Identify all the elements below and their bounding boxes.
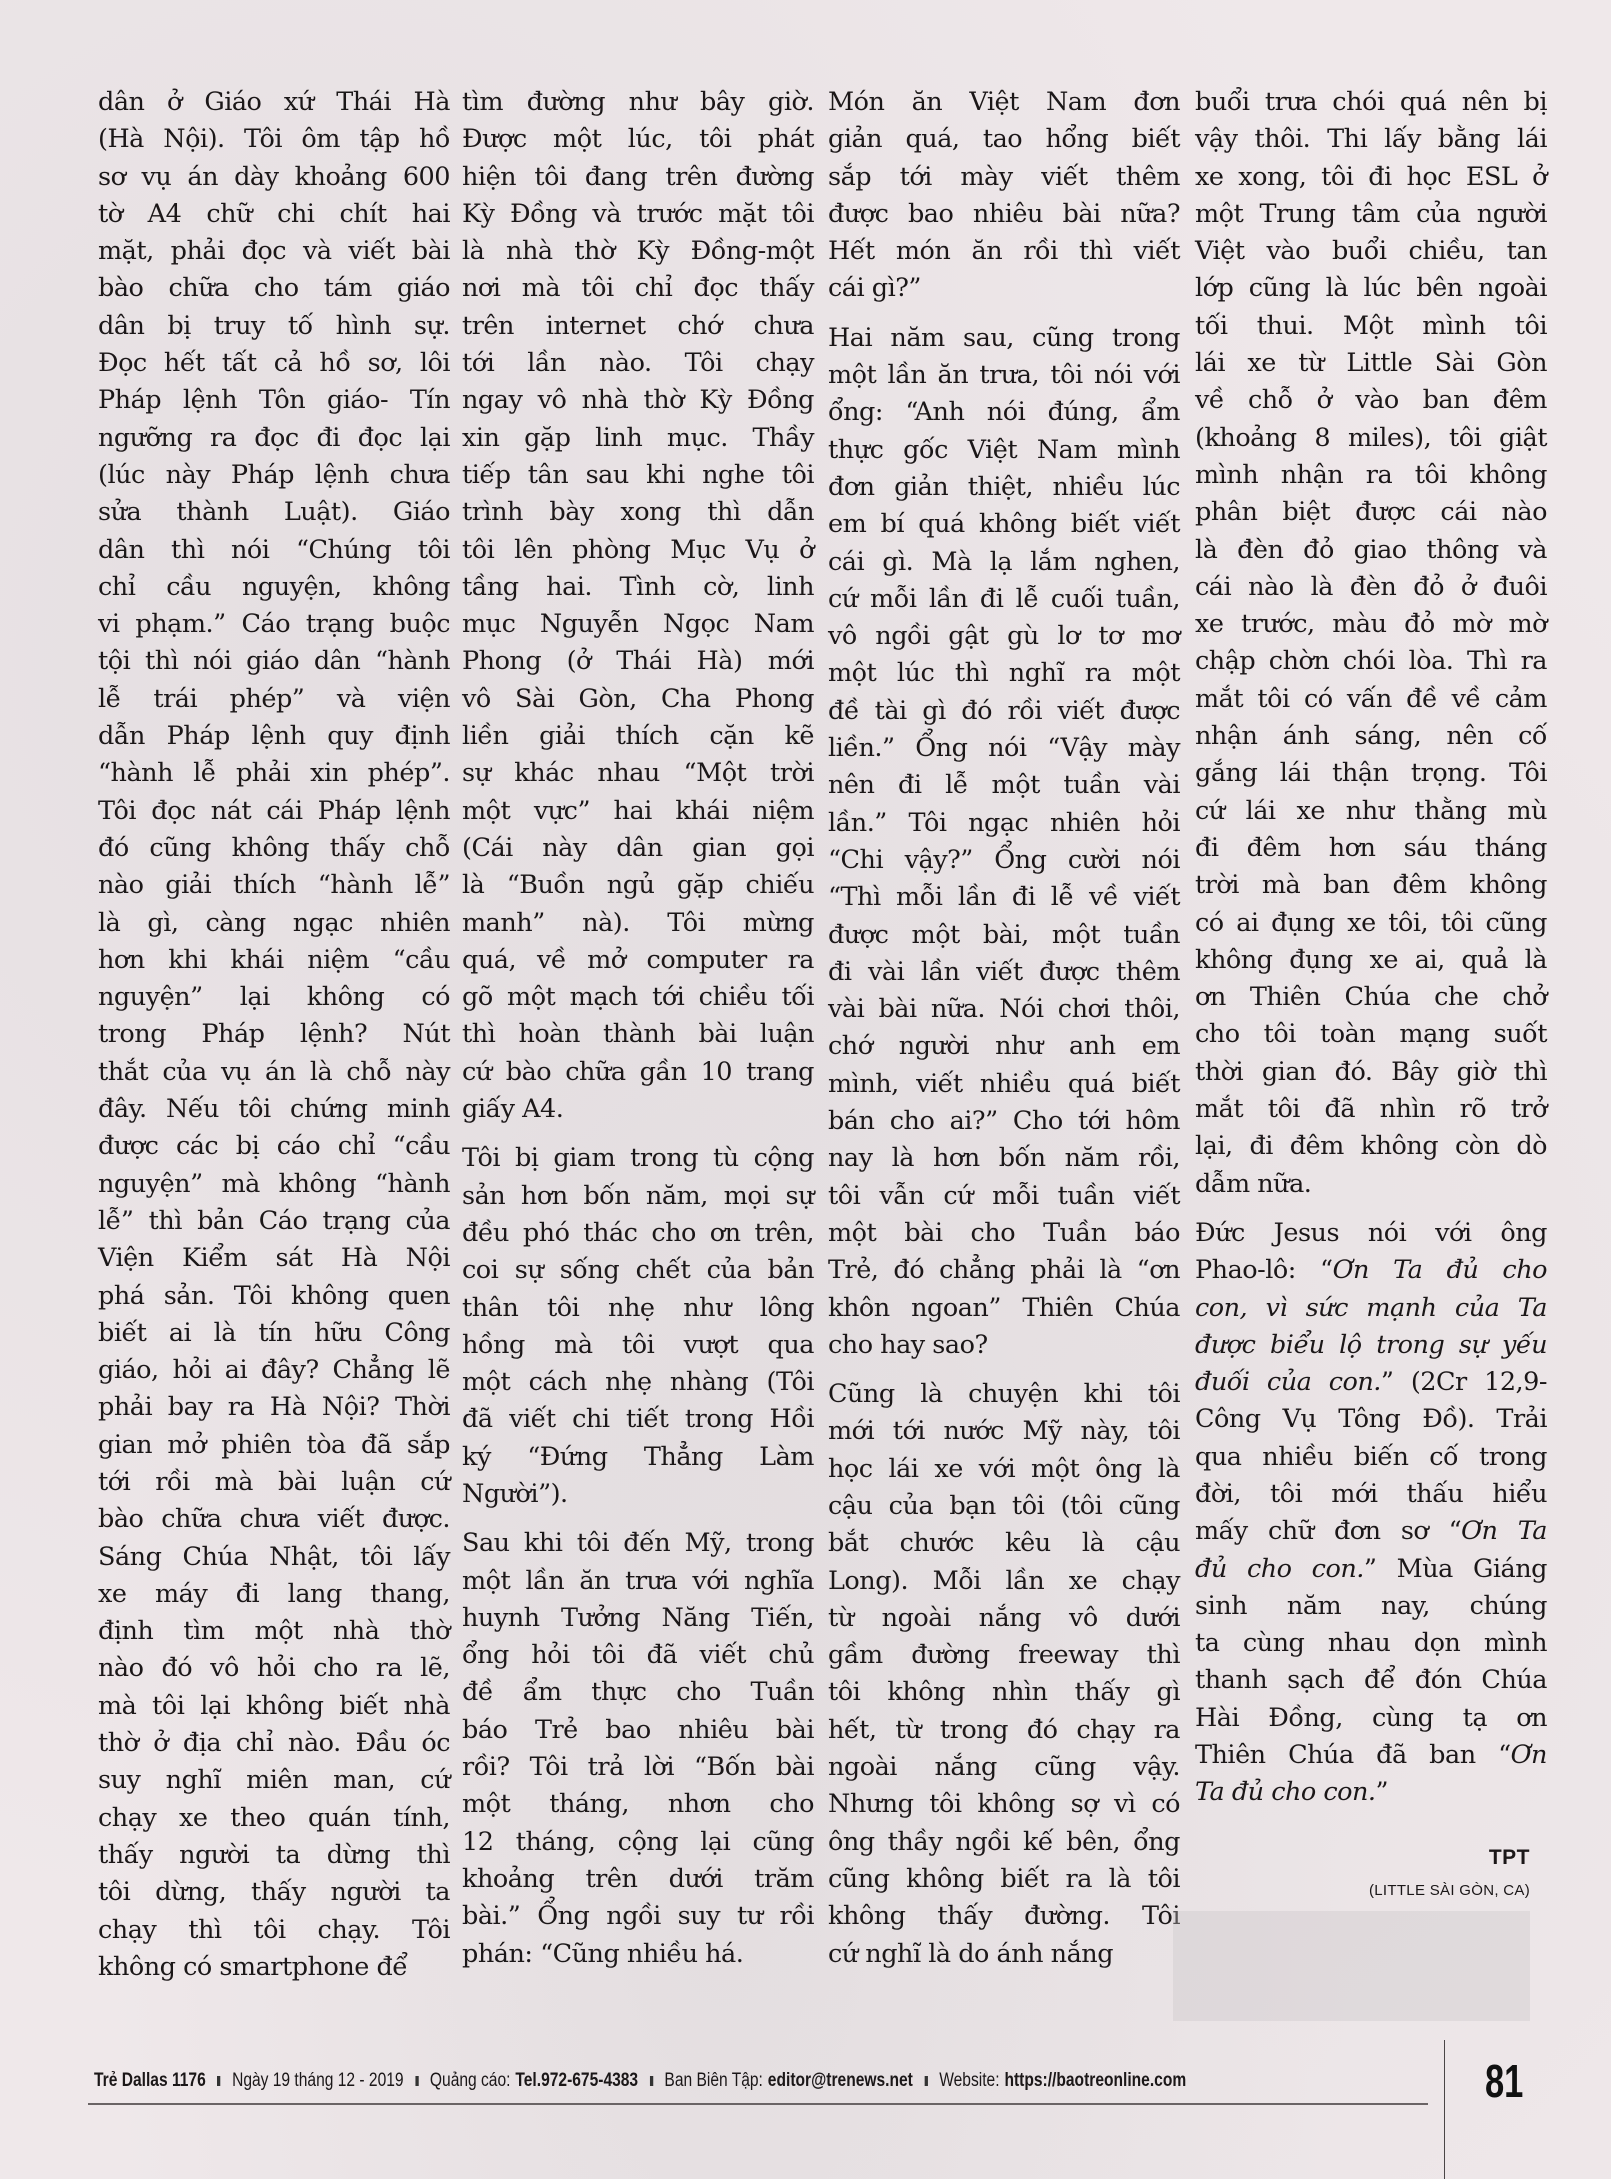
- text-line: một tháng, nhơn cho: [462, 1786, 814, 1823]
- text-line: dân thì nói “Chúng tôi: [98, 532, 450, 569]
- text-line: đã viết chi tiết trong Hồi: [462, 1401, 814, 1438]
- square-bullet-icon: [650, 2076, 653, 2086]
- text-line: lái xe từ Little Sài Gòn: [1195, 345, 1547, 382]
- text-line: 12 tháng, cộng lại cũng: [462, 1824, 814, 1861]
- text-line: cứ bào chữa gần 10 trang: [462, 1054, 814, 1091]
- text-line: (Hà Nội). Tôi ôm tập hồ: [98, 121, 450, 158]
- text-segment: ” (2Cr 12,9-: [1381, 1367, 1547, 1397]
- footer-date: Ngày 19 tháng 12 - 2019: [232, 2070, 404, 2092]
- text-line: (khoảng 8 miles), tôi giật: [1195, 420, 1547, 457]
- text-line: là gì, càng ngạc nhiên: [98, 905, 450, 942]
- text-line: không thấy đường. Tôi: [828, 1898, 1180, 1935]
- footer-ads: Quảng cáo: Tel.972-675-4383: [430, 2070, 638, 2092]
- text-line: Người”).: [462, 1476, 814, 1513]
- text-line: dẫn Pháp lệnh quy định: [98, 718, 450, 755]
- text-line: chạy thì tôi chạy. Tôi: [98, 1912, 450, 1949]
- text-line: chỉ cầu nguyện, không: [98, 569, 450, 606]
- text-line: manh” nà). Tôi mừng: [462, 905, 814, 942]
- footer-website-link[interactable]: https://baotreonline.com: [1004, 2070, 1186, 2092]
- paragraph-gap: [462, 1513, 814, 1525]
- text-line: tầng hai. Tình cờ, linh: [462, 569, 814, 606]
- text-line: mắt tôi đã nhìn rõ trở: [1195, 1091, 1547, 1128]
- text-line: học lái xe với một ông là: [828, 1451, 1180, 1488]
- square-bullet-icon: [217, 2076, 220, 2086]
- text-line: cứ lái xe như thằng mù: [1195, 793, 1547, 830]
- text-line: dân bị truy tố hình sự.: [98, 308, 450, 345]
- text-line: Công Vụ Tông Đồ). Trải: [1195, 1401, 1547, 1438]
- text-line: huynh Tưởng Năng Tiến,: [462, 1600, 814, 1637]
- text-line: phân biệt được cái nào: [1195, 494, 1547, 531]
- text-segment: ” Mùa Giáng: [1364, 1554, 1547, 1584]
- text-line: đơn giản thiệt, nhiều lúc: [828, 469, 1180, 506]
- text-line: thắt của vụ án là chỗ này: [98, 1054, 450, 1091]
- text-line: ổng: “Anh nói đúng, ẩm: [828, 394, 1180, 431]
- text-line: tôi không nhìn thấy gì: [828, 1674, 1180, 1711]
- page-number-divider: [1444, 2040, 1445, 2179]
- italic-quote-text: Ơn: [1511, 1740, 1547, 1770]
- text-line: tờ A4 chữ chi chít hai: [98, 196, 450, 233]
- article-signature: TPT (LITTLE SÀI GÒN, CA): [1369, 1846, 1530, 1899]
- text-line: Phao-lô: “Ơn Ta đủ cho: [1195, 1252, 1547, 1289]
- text-segment: Thiên Chúa đã ban “: [1195, 1740, 1511, 1770]
- square-bullet-icon: [924, 2076, 927, 2086]
- text-line: vài bài nữa. Nói chơi thôi,: [828, 991, 1180, 1028]
- text-line: đây. Nếu tôi chứng minh: [98, 1091, 450, 1128]
- text-line: đuối của con.” (2Cr 12,9-: [1195, 1364, 1547, 1401]
- text-line: được biểu lộ trong sự yếu: [1195, 1327, 1547, 1364]
- text-line: Long). Mỗi lần xe chạy: [828, 1563, 1180, 1600]
- footer-divider: [88, 2103, 1428, 2105]
- text-line: quá, về mở computer ra: [462, 942, 814, 979]
- text-line: gầm đường freeway thì: [828, 1637, 1180, 1674]
- text-line: chạy xe theo quán tính,: [98, 1800, 450, 1837]
- paragraph-gap: [828, 308, 1180, 320]
- text-line: coi sự sống chết của bản: [462, 1252, 814, 1289]
- text-line: xe xong, tôi đi học ESL ở: [1195, 159, 1547, 196]
- text-line: đó cũng không thấy chỗ: [98, 830, 450, 867]
- text-line: về chỗ ở vào ban đêm: [1195, 382, 1547, 419]
- footer-editor: Ban Biên Tập: editor@trenews.net: [664, 2070, 912, 2092]
- paragraph: buổi trưa chói quá nên bịvậy thôi. Thi l…: [1195, 84, 1547, 1203]
- text-segment: Phao-lô: “: [1195, 1255, 1333, 1285]
- paragraph: Cũng là chuyện khi tôimới tới nước Mỹ nà…: [828, 1376, 1180, 1973]
- page-footer: Trẻ Dallas 1176 Ngày 19 tháng 12 - 2019 …: [94, 2066, 1186, 2096]
- footer-website: Website: https://baotreonline.com: [939, 2070, 1186, 2092]
- text-line: Kỳ Đồng và trước mặt tôi: [462, 196, 814, 233]
- text-line: vi phạm.” Cáo trạng buộc: [98, 606, 450, 643]
- text-line: phải bay ra Hà Nội? Thời: [98, 1389, 450, 1426]
- footer-website-label: Website:: [939, 2070, 999, 2092]
- text-line: “hành lễ phải xin phép”.: [98, 755, 450, 792]
- text-line: là “Buồn ngủ gặp chiếu: [462, 867, 814, 904]
- text-line: báo Trẻ bao nhiêu bài: [462, 1712, 814, 1749]
- italic-quote-text: con, vì sức mạnh của Ta: [1195, 1293, 1547, 1323]
- text-line: (Cái này dân gian gọi: [462, 830, 814, 867]
- text-line: nào giải thích “hành lễ”: [98, 867, 450, 904]
- text-line: xe máy đi lang thang,: [98, 1576, 450, 1613]
- text-segment: Đức Jesus nói với ông: [1195, 1218, 1547, 1248]
- paragraph: Tôi bị giam trong tù cộngsản hơn bốn năm…: [462, 1140, 814, 1513]
- text-line: vô Sài Gòn, Cha Phong: [462, 681, 814, 718]
- text-segment: sinh năm nay, chúng: [1195, 1591, 1547, 1621]
- text-line: Đọc hết tất cả hồ sơ, lôi: [98, 345, 450, 382]
- text-line: ký “Đứng Thẳng Làm: [462, 1439, 814, 1476]
- text-line: thấy người ta dừng thì: [98, 1837, 450, 1874]
- text-line: ổng hỏi tôi đã viết chủ: [462, 1637, 814, 1674]
- text-line: Được một lúc, tôi phát: [462, 121, 814, 158]
- text-line: từ ngoài nắng vô dưới: [828, 1600, 1180, 1637]
- text-line: dân ở Giáo xứ Thái Hà: [98, 84, 450, 121]
- text-line: ngoài nắng cũng vậy.: [828, 1749, 1180, 1786]
- text-line: đời, tôi mới thấu hiểu: [1195, 1476, 1547, 1513]
- text-line: ngưỡng ra đọc đi đọc lại: [98, 420, 450, 457]
- text-line: liền.” Ổng nói “Vậy mày: [828, 730, 1180, 767]
- text-segment: Hài Đồng, cùng tạ ơn: [1195, 1703, 1547, 1733]
- author-location: (LITTLE SÀI GÒN, CA): [1369, 1882, 1530, 1899]
- text-line: Phong (ở Thái Hà) mới: [462, 643, 814, 680]
- text-line: mặt, phải đọc và viết bài: [98, 233, 450, 270]
- text-line: sự khác nhau “Một trời: [462, 755, 814, 792]
- text-line: đề ẩm thực cho Tuần: [462, 1674, 814, 1711]
- text-line: phán: “Cũng nhiều há.: [462, 1936, 814, 1973]
- page-number: 81: [1485, 2054, 1523, 2108]
- text-line: bào chữa cho tám giáo: [98, 270, 450, 307]
- text-line: mà tôi lại không biết nhà: [98, 1688, 450, 1725]
- text-line: thân tôi nhẹ như lông: [462, 1290, 814, 1327]
- text-line: nay là hơn bốn năm rồi,: [828, 1140, 1180, 1177]
- text-line: lại, đi đêm không còn dò: [1195, 1128, 1547, 1165]
- text-line: lớp cũng là lúc bên ngoài: [1195, 270, 1547, 307]
- paragraph: Hai năm sau, cũng trongmột lần ăn trưa, …: [828, 320, 1180, 1364]
- text-line: biết ai là tín hữu Công: [98, 1315, 450, 1352]
- text-line: trình bày xong thì dẫn: [462, 494, 814, 531]
- text-line: nguyện” lại không có: [98, 979, 450, 1016]
- text-line: Hai năm sau, cũng trong: [828, 320, 1180, 357]
- text-line: nên đi lễ một tuần vài: [828, 767, 1180, 804]
- text-line: buổi trưa chói quá nên bị: [1195, 84, 1547, 121]
- text-line: nhận ánh sáng, nên cố: [1195, 718, 1547, 755]
- text-line: một lúc thì nghĩ ra một: [828, 655, 1180, 692]
- text-line: sắp tới mày viết thêm: [828, 159, 1180, 196]
- text-line: liền giải thích cặn kẽ: [462, 718, 814, 755]
- text-line: bào chữa chưa viết được.: [98, 1501, 450, 1538]
- text-line: Món ăn Việt Nam đơn: [828, 84, 1180, 121]
- text-line: xin gặp linh mục. Thầy: [462, 420, 814, 457]
- text-line: khoảng trên dưới trăm: [462, 1861, 814, 1898]
- author-name: TPT: [1369, 1846, 1530, 1870]
- text-line: hồng mà tôi vượt qua: [462, 1327, 814, 1364]
- text-line: giáo, hỏi ai đây? Chẳng lẽ: [98, 1352, 450, 1389]
- text-line: qua nhiều biến cố trong: [1195, 1439, 1547, 1476]
- paragraph: Đức Jesus nói với ôngPhao-lô: “Ơn Ta đủ …: [1195, 1215, 1547, 1812]
- text-line: thờ ở địa chỉ nào. Đầu óc: [98, 1725, 450, 1762]
- text-line: mục Nguyễn Ngọc Nam: [462, 606, 814, 643]
- text-line: Hết món ăn rồi thì viết: [828, 233, 1180, 270]
- text-line: được các bị cáo chỉ “cầu: [98, 1128, 450, 1165]
- italic-quote-text: đủ cho con.: [1195, 1554, 1364, 1584]
- footer-ads-label: Quảng cáo:: [430, 2070, 511, 2092]
- text-line: giấy A4.: [462, 1091, 814, 1128]
- text-line: Nhưng tôi không sợ vì có: [828, 1786, 1180, 1823]
- text-line: bán cho ai?” Cho tới hôm: [828, 1103, 1180, 1140]
- text-line: đủ cho con.” Mùa Giáng: [1195, 1551, 1547, 1588]
- text-line: xe trước, màu đỏ mờ mờ: [1195, 606, 1547, 643]
- text-line: Sáng Chúa Nhật, tôi lấy: [98, 1539, 450, 1576]
- text-line: cứ nghĩ là do ánh nắng: [828, 1936, 1180, 1973]
- paragraph-gap: [462, 1128, 814, 1140]
- paragraph-gap: [1195, 1203, 1547, 1215]
- text-line: nguyện” mà không “hành: [98, 1166, 450, 1203]
- text-line: mình, viết nhiều quá biết: [828, 1066, 1180, 1103]
- text-line: Tôi đọc nát cái Pháp lệnh: [98, 793, 450, 830]
- paragraph: Sau khi tôi đến Mỹ, trongmột lần ăn trưa…: [462, 1525, 814, 1973]
- paragraph-gap: [828, 1364, 1180, 1376]
- text-line: cho hay sao?: [828, 1327, 1180, 1364]
- text-line: tới lần nào. Tôi chạy: [462, 345, 814, 382]
- text-segment: Công Vụ Tông Đồ). Trải: [1195, 1404, 1547, 1434]
- article-column-3: Món ăn Việt Nam đơngiản quá, tao hổng bi…: [828, 84, 1180, 1973]
- text-line: cho tôi toàn mạng suốt: [1195, 1016, 1547, 1053]
- text-line: thời gian đó. Bây giờ thì: [1195, 1054, 1547, 1091]
- text-line: lễ trái phép” và viện: [98, 681, 450, 718]
- text-segment: mấy chữ đơn sơ “: [1195, 1516, 1461, 1546]
- text-line: Cũng là chuyện khi tôi: [828, 1376, 1180, 1413]
- text-line: con, vì sức mạnh của Ta: [1195, 1290, 1547, 1327]
- text-line: một Trung tâm của người: [1195, 196, 1547, 233]
- text-line: tiếp tân sau khi nghe tôi: [462, 457, 814, 494]
- text-line: “Thì mỗi lần đi lễ về viết: [828, 879, 1180, 916]
- square-bullet-icon: [415, 2076, 418, 2086]
- italic-quote-text: đuối của con.: [1195, 1367, 1381, 1397]
- text-line: Trẻ, đó chẳng phải là “ơn: [828, 1252, 1180, 1289]
- text-line: cái gì. Mà lạ lắm nghen,: [828, 544, 1180, 581]
- text-line: lần.” Tôi ngạc nhiên hỏi: [828, 805, 1180, 842]
- text-line: thực gốc Việt Nam mình: [828, 432, 1180, 469]
- text-line: Việt vào buổi chiều, tan: [1195, 233, 1547, 270]
- text-line: tìm đường như bây giờ.: [462, 84, 814, 121]
- text-line: mấy chữ đơn sơ “Ơn Ta: [1195, 1513, 1547, 1550]
- text-line: gõ một mạch tới chiều tối: [462, 979, 814, 1016]
- text-line: có ai đụng xe tôi, tôi cũng: [1195, 905, 1547, 942]
- text-line: vô ngồi gật gù lơ tơ mơ: [828, 618, 1180, 655]
- text-line: bắt chước kêu là cậu: [828, 1525, 1180, 1562]
- article-column-2: tìm đường như bây giờ.Được một lúc, tôi …: [462, 84, 814, 1973]
- text-line: một vực” hai khái niệm: [462, 793, 814, 830]
- text-line: cậu của bạn tôi (tôi cũng: [828, 1488, 1180, 1525]
- text-line: tôi vẫn cứ mỗi tuần viết: [828, 1178, 1180, 1215]
- text-line: đều phó thác cho ơn trên,: [462, 1215, 814, 1252]
- italic-quote-text: Ơn Ta: [1461, 1516, 1547, 1546]
- text-line: tối thui. Một mình tôi: [1195, 308, 1547, 345]
- text-line: thanh sạch để đón Chúa: [1195, 1662, 1547, 1699]
- footer-publication: Trẻ Dallas 1176: [94, 2070, 206, 2092]
- text-line: một lần ăn trưa với nghĩa: [462, 1563, 814, 1600]
- text-line: suy nghĩ miên man, cứ: [98, 1762, 450, 1799]
- text-line: dẫm nữa.: [1195, 1166, 1547, 1203]
- text-line: Tôi bị giam trong tù cộng: [462, 1140, 814, 1177]
- text-line: sơ vụ án dày khoảng 600: [98, 159, 450, 196]
- text-line: đề tài gì đó rồi viết được: [828, 693, 1180, 730]
- text-line: tội thì nói giáo dân “hành: [98, 643, 450, 680]
- text-line: ông thầy ngồi kế bên, ổng: [828, 1824, 1180, 1861]
- italic-quote-text: Ơn Ta đủ cho: [1333, 1255, 1547, 1285]
- text-segment: đời, tôi mới thấu hiểu: [1195, 1479, 1547, 1509]
- text-line: gắng lái thận trọng. Tôi: [1195, 755, 1547, 792]
- italic-quote-text: Ta đủ cho con.: [1195, 1777, 1376, 1807]
- text-line: hết, từ trong đó chạy ra: [828, 1712, 1180, 1749]
- text-line: Viện Kiểm sát Hà Nội: [98, 1240, 450, 1277]
- text-line: mới tới nước Mỹ này, tôi: [828, 1413, 1180, 1450]
- text-segment: ta cùng nhau dọn mình: [1195, 1628, 1547, 1658]
- text-line: được bao nhiêu bài nữa?: [828, 196, 1180, 233]
- text-segment: ”: [1376, 1777, 1389, 1807]
- text-line: mình nhận ra tôi không: [1195, 457, 1547, 494]
- text-line: là đèn đỏ giao thông và: [1195, 532, 1547, 569]
- text-line: bài.” Ổng ngồi suy tư rồi: [462, 1898, 814, 1935]
- text-line: chớ người như anh em: [828, 1028, 1180, 1065]
- text-line: mắt tôi có vấn đề về cảm: [1195, 681, 1547, 718]
- text-line: hơn khi khái niệm “cầu: [98, 942, 450, 979]
- text-line: Pháp lệnh Tôn giáo- Tín: [98, 382, 450, 419]
- text-segment: qua nhiều biến cố trong: [1195, 1442, 1547, 1472]
- footer-ads-phone[interactable]: Tel.972-675-4383: [515, 2070, 638, 2092]
- text-line: Ta đủ cho con.”: [1195, 1774, 1547, 1811]
- text-line: Đức Jesus nói với ông: [1195, 1215, 1547, 1252]
- text-line: vậy thôi. Thi lấy bằng lái: [1195, 121, 1547, 158]
- text-line: Hài Đồng, cùng tạ ơn: [1195, 1700, 1547, 1737]
- text-line: khôn ngoan” Thiên Chúa: [828, 1290, 1180, 1327]
- text-line: tới rồi mà bài luận cứ: [98, 1464, 450, 1501]
- text-line: là nhà thờ Kỳ Đồng-một: [462, 233, 814, 270]
- text-line: định tìm một nhà thờ: [98, 1613, 450, 1650]
- text-line: sản hơn bốn năm, mọi sự: [462, 1178, 814, 1215]
- text-line: ta cùng nhau dọn mình: [1195, 1625, 1547, 1662]
- text-segment: thanh sạch để đón Chúa: [1195, 1665, 1547, 1695]
- text-line: hiện tôi đang trên đường: [462, 159, 814, 196]
- text-line: phá sản. Tôi không quen: [98, 1278, 450, 1315]
- paragraph: dân ở Giáo xứ Thái Hà(Hà Nội). Tôi ôm tậ…: [98, 84, 450, 1986]
- article-column-1: dân ở Giáo xứ Thái Hà(Hà Nội). Tôi ôm tậ…: [98, 84, 450, 1986]
- text-line: một cách nhẹ nhàng (Tôi: [462, 1364, 814, 1401]
- text-line: thì hoàn thành bài luận: [462, 1016, 814, 1053]
- text-line: “Chi vậy?” Ổng cười nói: [828, 842, 1180, 879]
- shaded-background-box: [1173, 1911, 1530, 2021]
- text-line: một lần ăn trưa, tôi nói với: [828, 357, 1180, 394]
- text-line: được một bài, một tuần: [828, 917, 1180, 954]
- text-line: trên internet chớ chưa: [462, 308, 814, 345]
- footer-editor-email[interactable]: editor@trenews.net: [768, 2070, 913, 2092]
- text-line: tôi lên phòng Mục Vụ ở: [462, 532, 814, 569]
- text-line: cái gì?”: [828, 270, 1180, 307]
- paragraph: Món ăn Việt Nam đơngiản quá, tao hổng bi…: [828, 84, 1180, 308]
- italic-quote-text: được biểu lộ trong sự yếu: [1195, 1330, 1547, 1360]
- text-line: trời mà ban đêm không: [1195, 867, 1547, 904]
- text-line: Sau khi tôi đến Mỹ, trong: [462, 1525, 814, 1562]
- text-line: nơi mà tôi chỉ đọc thấy: [462, 270, 814, 307]
- text-line: tôi dừng, thấy người ta: [98, 1874, 450, 1911]
- text-line: không đụng xe ai, quả là: [1195, 942, 1547, 979]
- text-line: giản quá, tao hổng biết: [828, 121, 1180, 158]
- text-line: đi vài lần viết được thêm: [828, 954, 1180, 991]
- text-line: cái nào là đèn đỏ ở đuôi: [1195, 569, 1547, 606]
- text-line: (lúc này Pháp lệnh chưa: [98, 457, 450, 494]
- text-line: sinh năm nay, chúng: [1195, 1588, 1547, 1625]
- text-line: không có smartphone để: [98, 1949, 450, 1986]
- text-line: Thiên Chúa đã ban “Ơn: [1195, 1737, 1547, 1774]
- text-line: lễ” thì bản Cáo trạng của: [98, 1203, 450, 1240]
- text-line: chập chờn chói lòa. Thì ra: [1195, 643, 1547, 680]
- footer-editor-label: Ban Biên Tập:: [664, 2070, 762, 2092]
- text-line: em bí quá không biết viết: [828, 506, 1180, 543]
- text-line: trong Pháp lệnh? Nút: [98, 1016, 450, 1053]
- paragraph: tìm đường như bây giờ.Được một lúc, tôi …: [462, 84, 814, 1128]
- text-line: cũng không biết ra là tôi: [828, 1861, 1180, 1898]
- text-line: một bài cho Tuần báo: [828, 1215, 1180, 1252]
- text-line: nào đó vô hỏi cho ra lẽ,: [98, 1650, 450, 1687]
- text-line: đi đêm hơn sáu tháng: [1195, 830, 1547, 867]
- text-line: rồi? Tôi trả lời “Bốn bài: [462, 1749, 814, 1786]
- text-line: ơn Thiên Chúa che chở: [1195, 979, 1547, 1016]
- text-line: cứ mỗi lần đi lễ cuối tuần,: [828, 581, 1180, 618]
- text-line: ngay vô nhà thờ Kỳ Đồng: [462, 382, 814, 419]
- text-line: sửa thành Luật). Giáo: [98, 494, 450, 531]
- text-line: gian mở phiên tòa đã sắp: [98, 1427, 450, 1464]
- article-column-4: buổi trưa chói quá nên bịvậy thôi. Thi l…: [1195, 84, 1547, 1812]
